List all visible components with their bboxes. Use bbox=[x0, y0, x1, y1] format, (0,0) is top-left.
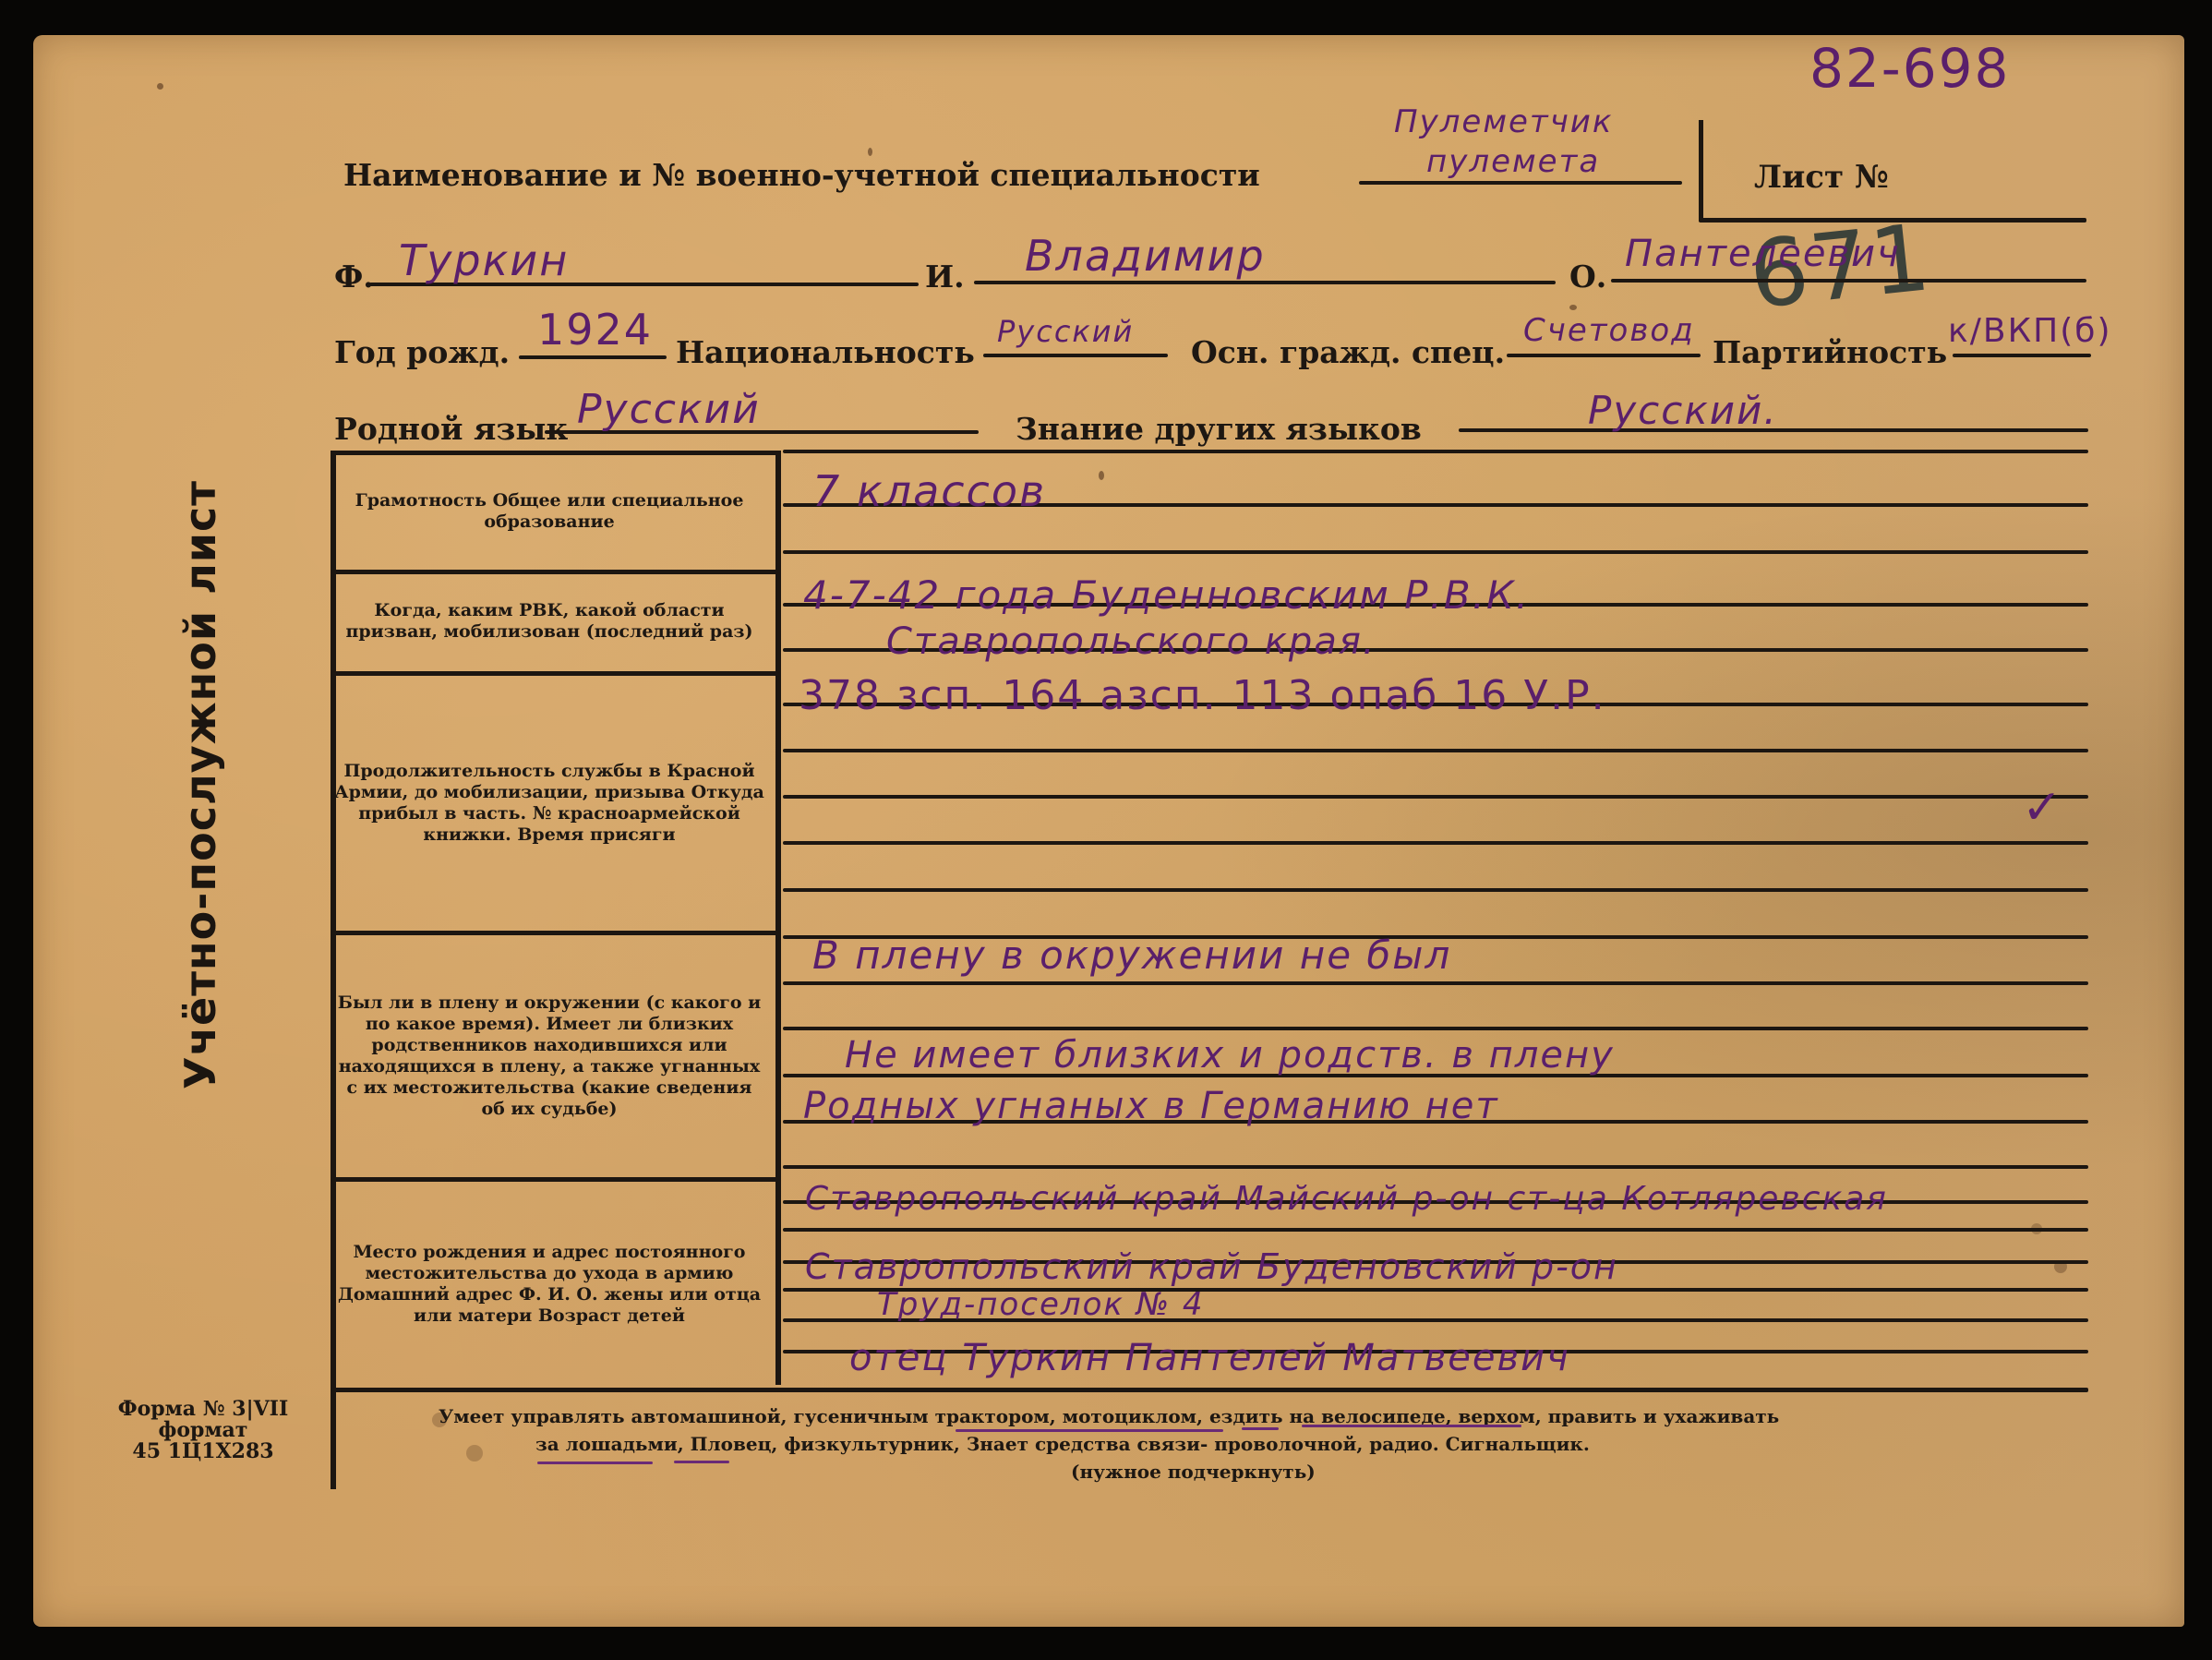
skills-line-2: за лошадьми, Пловец, физкультурник, Знае… bbox=[535, 1433, 1590, 1455]
skills-note: (нужное подчеркнуть) bbox=[1071, 1461, 1316, 1483]
ruled-line bbox=[783, 550, 2088, 554]
ruled-line bbox=[783, 795, 2088, 799]
conscription-entry-1[interactable]: 4-7-42 года Буденновским Р.В.К. bbox=[803, 572, 1530, 618]
nationality-label: Национальность bbox=[676, 334, 975, 370]
specialty-label: Наименование и № военно-учетной специаль… bbox=[343, 157, 1260, 193]
ruled-line bbox=[783, 1027, 2088, 1030]
table-row-border bbox=[334, 671, 777, 676]
ruled-line bbox=[783, 841, 2088, 845]
education-entry[interactable]: 7 классов bbox=[812, 466, 1046, 516]
ruled-line bbox=[783, 888, 2088, 892]
birth-year-line bbox=[519, 355, 667, 359]
form-title: Учётно-послужной лист bbox=[175, 480, 225, 1089]
native-language-value[interactable]: Русский bbox=[577, 386, 761, 433]
first-name-label: И. bbox=[925, 259, 965, 295]
skill-underline-bicycle bbox=[956, 1429, 1223, 1432]
table-row-border bbox=[334, 451, 777, 455]
surname-label: Ф. bbox=[334, 259, 374, 295]
table-row-border bbox=[334, 1177, 777, 1182]
sheet-box-border bbox=[1699, 120, 1703, 222]
captivity-entry-3[interactable]: Родных угнаных в Германию нет bbox=[803, 1085, 1499, 1127]
address-entry-3[interactable]: Труд-поселок № 4 bbox=[877, 1286, 1205, 1323]
nationality-line bbox=[983, 354, 1168, 357]
paper-speck bbox=[466, 1445, 483, 1462]
archive-number: 82-698 bbox=[1809, 37, 2010, 100]
captivity-entry-2[interactable]: Не имеет близких и родств. в плену bbox=[845, 1034, 1615, 1077]
row-label-captivity: Был ли в плену и окружении (с какого и п… bbox=[332, 937, 766, 1175]
native-language-label: Родной язык bbox=[334, 411, 568, 447]
sheet-label: Лист № bbox=[1754, 159, 1889, 196]
row-label-service: Продолжительность службы в Красной Армии… bbox=[332, 679, 766, 928]
surname-value[interactable]: Туркин bbox=[399, 235, 569, 285]
ruled-line bbox=[783, 749, 2088, 752]
skill-underline-swimmer bbox=[674, 1461, 729, 1463]
party-label: Партийность bbox=[1713, 334, 1947, 370]
form-id-line1: Форма № 3|VII bbox=[92, 1399, 314, 1420]
civil-specialty-value[interactable]: Счетовод bbox=[1523, 312, 1695, 349]
other-languages-value[interactable]: Русский. bbox=[1588, 388, 1778, 433]
conscription-entry-2[interactable]: Ставропольского края. bbox=[886, 620, 1376, 663]
first-name-line bbox=[974, 281, 1556, 284]
form-id-line2: формат bbox=[92, 1420, 314, 1441]
paper-speck bbox=[157, 83, 163, 90]
civil-specialty-label: Осн. гражд. спец. bbox=[1191, 334, 1505, 370]
table-row-border bbox=[334, 931, 777, 935]
ruled-line bbox=[783, 1165, 2088, 1169]
first-name-value[interactable]: Владимир bbox=[1025, 231, 1266, 281]
other-languages-label: Знание других языков bbox=[1016, 411, 1422, 447]
row-label-address: Место рождения и адрес постоянного место… bbox=[332, 1184, 766, 1385]
birth-year-value[interactable]: 1924 bbox=[537, 305, 653, 355]
paper-speck bbox=[1099, 471, 1104, 480]
party-value[interactable]: к/ВКП(б) bbox=[1948, 312, 2112, 350]
patronymic-value[interactable]: Пантелеевич bbox=[1625, 233, 1901, 275]
civil-specialty-line bbox=[1507, 354, 1701, 357]
address-entry-4[interactable]: отец Туркин Пантелей Матвеевич bbox=[849, 1337, 1570, 1379]
skill-underline-horseback bbox=[1242, 1427, 1279, 1430]
paper-speck bbox=[1569, 305, 1577, 310]
check-mark: ✓ bbox=[2022, 780, 2064, 836]
address-entry-1[interactable]: Ставропольский край Майский р-он ст-ца К… bbox=[805, 1180, 1888, 1218]
row-label-education: Грамотность Общее или специальное образо… bbox=[332, 457, 766, 566]
row-label-conscription: Когда, каким РВК, какой области призван,… bbox=[332, 575, 766, 668]
nationality-value[interactable]: Русский bbox=[997, 314, 1134, 349]
patronymic-line bbox=[1611, 279, 2086, 283]
skills-line-1: Умеет управлять автомашиной, гусеничным … bbox=[439, 1405, 1779, 1427]
paper-speck bbox=[868, 148, 872, 156]
table-divider bbox=[775, 451, 781, 1385]
patronymic-label: О. bbox=[1569, 259, 1606, 295]
table-bottom-border bbox=[334, 1388, 2088, 1392]
specialty-value-2[interactable]: пулемета bbox=[1426, 143, 1600, 180]
birth-year-label: Год рожд. bbox=[334, 334, 510, 370]
specialty-value-1[interactable]: Пулеметчик bbox=[1394, 103, 1613, 140]
ruled-line bbox=[783, 450, 2088, 453]
service-entry[interactable]: 378 зсп. 164 азсп. 113 опаб 16 У.Р. bbox=[799, 672, 1606, 719]
ruled-line bbox=[783, 1228, 2088, 1232]
form-id-line3: 45 1Ц1Х283 bbox=[92, 1441, 314, 1462]
skill-underline-horses-2 bbox=[537, 1462, 653, 1464]
specialty-line bbox=[1359, 181, 1682, 185]
party-line bbox=[1953, 354, 2091, 357]
ruled-line bbox=[783, 981, 2088, 985]
table-row-border bbox=[334, 570, 777, 574]
form-id: Форма № 3|VII формат 45 1Ц1Х283 bbox=[92, 1399, 314, 1462]
skill-underline-horses bbox=[1302, 1425, 1521, 1427]
captivity-entry-1[interactable]: В плену в окружении не был bbox=[812, 932, 1451, 978]
address-entry-2[interactable]: Ставропольский край Буденовский р-он bbox=[805, 1246, 1618, 1287]
